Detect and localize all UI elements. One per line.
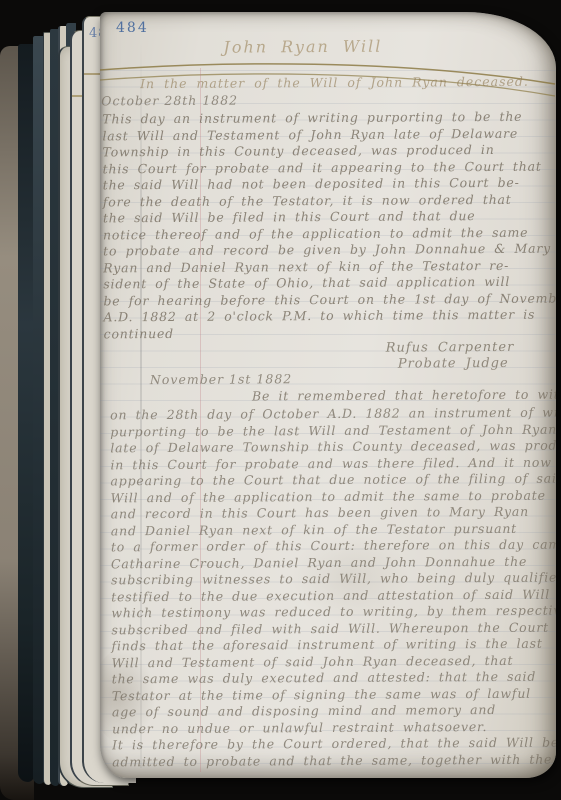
handwritten-line: and record in this Court has been given …: [111, 503, 556, 522]
handwritten-line: fore the death of the Testator, it is no…: [103, 191, 556, 210]
entry-october-date: October 28th 1882: [101, 93, 238, 109]
handwritten-line: subscribing witnesses to said Will, who …: [111, 569, 556, 588]
handwritten-line: the said Will had not been deposited in …: [103, 175, 556, 194]
handwritten-line: finds that the aforesaid instrument of w…: [111, 635, 556, 654]
handwritten-line: to a former order of this Court: therefo…: [111, 536, 556, 555]
entry-november-opening: Be it remembered that heretofore to wit:: [252, 387, 556, 404]
handwritten-line: to probate and record be given by John D…: [103, 241, 556, 260]
page-header-title: John Ryan Will: [100, 36, 508, 58]
judge-signature-title: Probate Judge: [398, 356, 509, 372]
entry-november-date: November 1st 1882: [150, 371, 292, 387]
handwritten-line: It is therefore by the Court ordered, th…: [112, 734, 556, 753]
ledger-book-photo: 48 484 John Ryan Will In the matter of t…: [0, 0, 561, 800]
handwritten-line: This day an instrument of writing purpor…: [102, 109, 556, 128]
handwritten-line: admitted to probate and that the same, t…: [112, 751, 556, 770]
handwritten-line: sident of the State of Ohio, that said a…: [103, 274, 556, 293]
entry-november-body: on the 28th day of October A.D. 1882 an …: [110, 404, 556, 770]
handwritten-line: the same was duly executed and attested:…: [112, 668, 556, 687]
handwriting-layer: John Ryan Will In the matter of the Will…: [100, 12, 556, 778]
handwritten-line: A.D. 1882 at 2 o'clock P.M. to which tim…: [103, 307, 556, 326]
handwritten-line: Township in this County deceased, was pr…: [102, 142, 556, 161]
handwritten-line: on the 28th day of October A.D. 1882 an …: [110, 404, 556, 423]
handwritten-line: which testimony was reduced to writing, …: [111, 602, 556, 621]
ledger-page: 484 John Ryan Will In the matter of the …: [100, 12, 556, 778]
entry-october-body: This day an instrument of writing purpor…: [102, 109, 556, 343]
handwritten-line: appearing to the Court that due notice o…: [110, 470, 556, 489]
handwritten-line: age of sound and disposing mind and memo…: [112, 701, 556, 720]
judge-signature-name: Rufus Carpenter: [386, 340, 515, 356]
handwritten-line: late of Delaware Township this County de…: [110, 437, 556, 456]
page-edge-stack: [18, 44, 34, 782]
entry-october-caption: In the matter of the Will of John Ryan d…: [140, 74, 529, 91]
